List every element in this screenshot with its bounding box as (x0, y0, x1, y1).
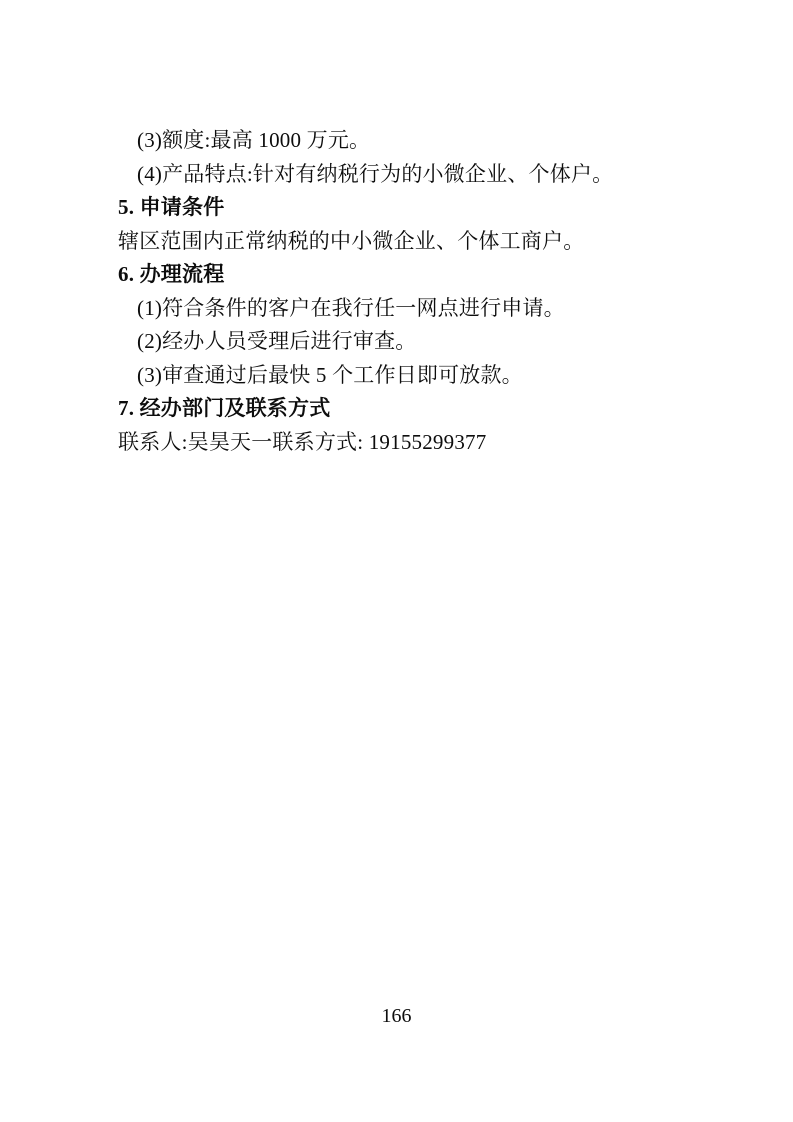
heading-processing-flow: 6. 办理流程 (118, 258, 678, 292)
page-number: 166 (382, 1005, 412, 1027)
item-quota: (3)额度:最高 1000 万元。 (118, 124, 678, 158)
document-body: (3)额度:最高 1000 万元。 (4)产品特点:针对有纳税行为的小微企业、个… (118, 124, 678, 459)
item-flow-step-3: (3)审查通过后最快 5 个工作日即可放款。 (118, 359, 678, 393)
item-flow-step-1: (1)符合条件的客户在我行任一网点进行申请。 (118, 292, 678, 326)
para-application-conditions: 辖区范围内正常纳税的中小微企业、个体工商户。 (118, 225, 678, 259)
item-product-features: (4)产品特点:针对有纳税行为的小微企业、个体户。 (118, 158, 678, 192)
para-contact-info: 联系人:吴昊天一联系方式: 19155299377 (118, 426, 678, 460)
document-page: { "page": { "number": "166" }, "content"… (0, 0, 793, 1122)
heading-department-contact: 7. 经办部门及联系方式 (118, 392, 678, 426)
page-footer: 166 (0, 1004, 793, 1028)
item-flow-step-2: (2)经办人员受理后进行审查。 (118, 325, 678, 359)
heading-application-conditions: 5. 申请条件 (118, 191, 678, 225)
